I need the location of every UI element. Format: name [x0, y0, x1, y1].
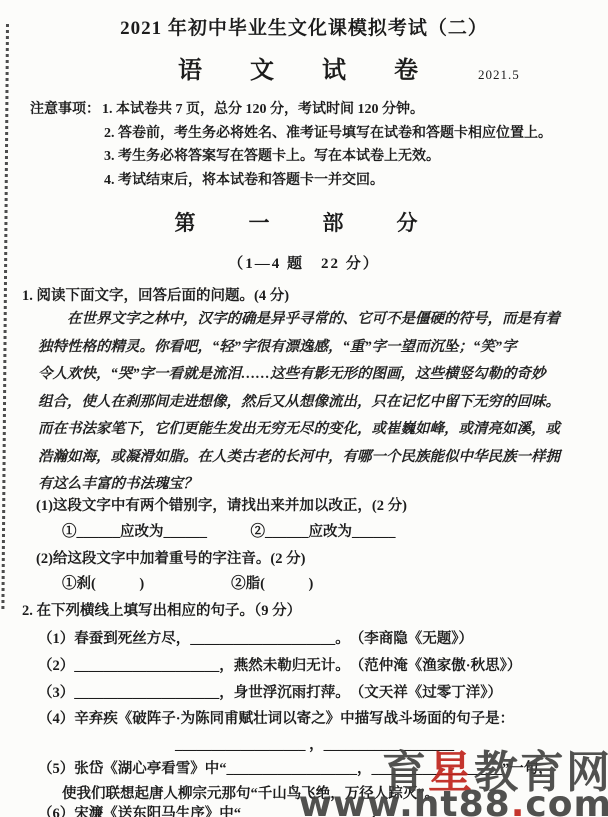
page-title: 2021 年初中毕业生文化课模拟考试（二）: [0, 13, 608, 40]
passage-line: 组合，使人在刹那间走进想像，然后又从想像流出，只在记忆中留下无穷的回味。: [38, 389, 590, 417]
question1-stem: 1. 阅读下面文字，回答后面的问题。(4 分): [22, 284, 289, 305]
section-subheading: （1—4 题 22 分）: [0, 252, 608, 273]
notice-row-1: 注意事项：1. 本试卷共 7 页，总分 120 分，考试时间 120 分钟。: [30, 98, 596, 122]
section-heading: 第 一 部 分: [0, 207, 608, 237]
question1-sub1-blanks: ①______应改为______ ②______应改为______: [62, 520, 396, 541]
passage-line: 令人欢快，“哭”字一看就是流泪……这些有影无形的图画，这些横竖勾勒的奇妙: [38, 361, 590, 389]
question2-line-2: （2）____________________，燕然未勒归无计。 （范仲淹《渔家…: [38, 654, 521, 675]
notice-line-4: 4. 考试结束后，将本试卷和答题卡一并交回。: [104, 169, 596, 193]
passage-line: 而在书法家笔下，它们更能生发出无穷无尽的变化，或崔巍如峰，或清亮如溪，或: [38, 416, 590, 444]
passage-line: 浩瀚如海，或凝滑如脂。在人类古老的长河中，有哪一个民族能似中华民族一样拥: [38, 444, 590, 472]
question2-line-4: （4）辛弃疾《破阵子·为陈同甫赋壮词以寄之》中描写战斗场面的句子是：: [38, 707, 514, 728]
question1-sub1-stem: (1)这段文字中有两个错别字，请找出来并加以改正，(2 分): [36, 494, 407, 515]
watermark-site-url: www.ht88.com: [299, 787, 608, 817]
passage-line: 在世界文字之林中，汉字的确是异乎寻常的、它可不是僵硬的符号，而是有着: [38, 306, 590, 334]
watermark-url-gray-1: www.ht88: [299, 784, 511, 817]
notice-label: 注意事项：: [30, 102, 100, 117]
question1-passage: 在世界文字之林中，汉字的确是异乎寻常的、它可不是僵硬的符号，而是有着 独特性格的…: [38, 306, 590, 499]
watermark-url-red-dot: .: [511, 784, 526, 817]
question1-sub2-blanks: ①刹( ) ②脂( ): [62, 572, 313, 593]
exam-paper-page: 2021 年初中毕业生文化课模拟考试（二） 语 文 试 卷 2021.5 注意事…: [0, 0, 608, 817]
passage-line: 独特性格的精灵。你看吧，“轻”字很有漂逸感，“重”字一望而沉坠；“笑”字: [38, 334, 590, 362]
notice-line-2: 2. 答卷前，考生务必将姓名、准考证号填写在试卷和答题卡相应位置上。: [104, 122, 596, 146]
question2-line-3: （3）____________________，身世浮沉雨打萍。 （文天祥《过零…: [38, 681, 502, 702]
watermark-url-gray-2: com: [525, 784, 608, 817]
binding-perforation-dots: [1, 24, 9, 609]
watermark: 育星教育网 www.ht88.com: [299, 751, 608, 817]
exam-date: 2021.5: [478, 67, 520, 83]
question2-line-1: （1）春蚕到死丝方尽，____________________。 （李商隐《无题…: [38, 627, 473, 648]
question1-sub2-stem: (2)给这段文字中加着重号的字注音。(2 分): [36, 547, 305, 568]
notice-block: 注意事项：1. 本试卷共 7 页，总分 120 分，考试时间 120 分钟。 2…: [30, 98, 596, 192]
question2-stem: 2. 在下列横线上填写出相应的句子。（9 分）: [22, 599, 301, 620]
notice-line-1: 1. 本试卷共 7 页，总分 120 分，考试时间 120 分钟。: [102, 102, 424, 117]
notice-line-3: 3. 考生务必将答案写在答题卡上。写在本试卷上无效。: [104, 145, 596, 169]
